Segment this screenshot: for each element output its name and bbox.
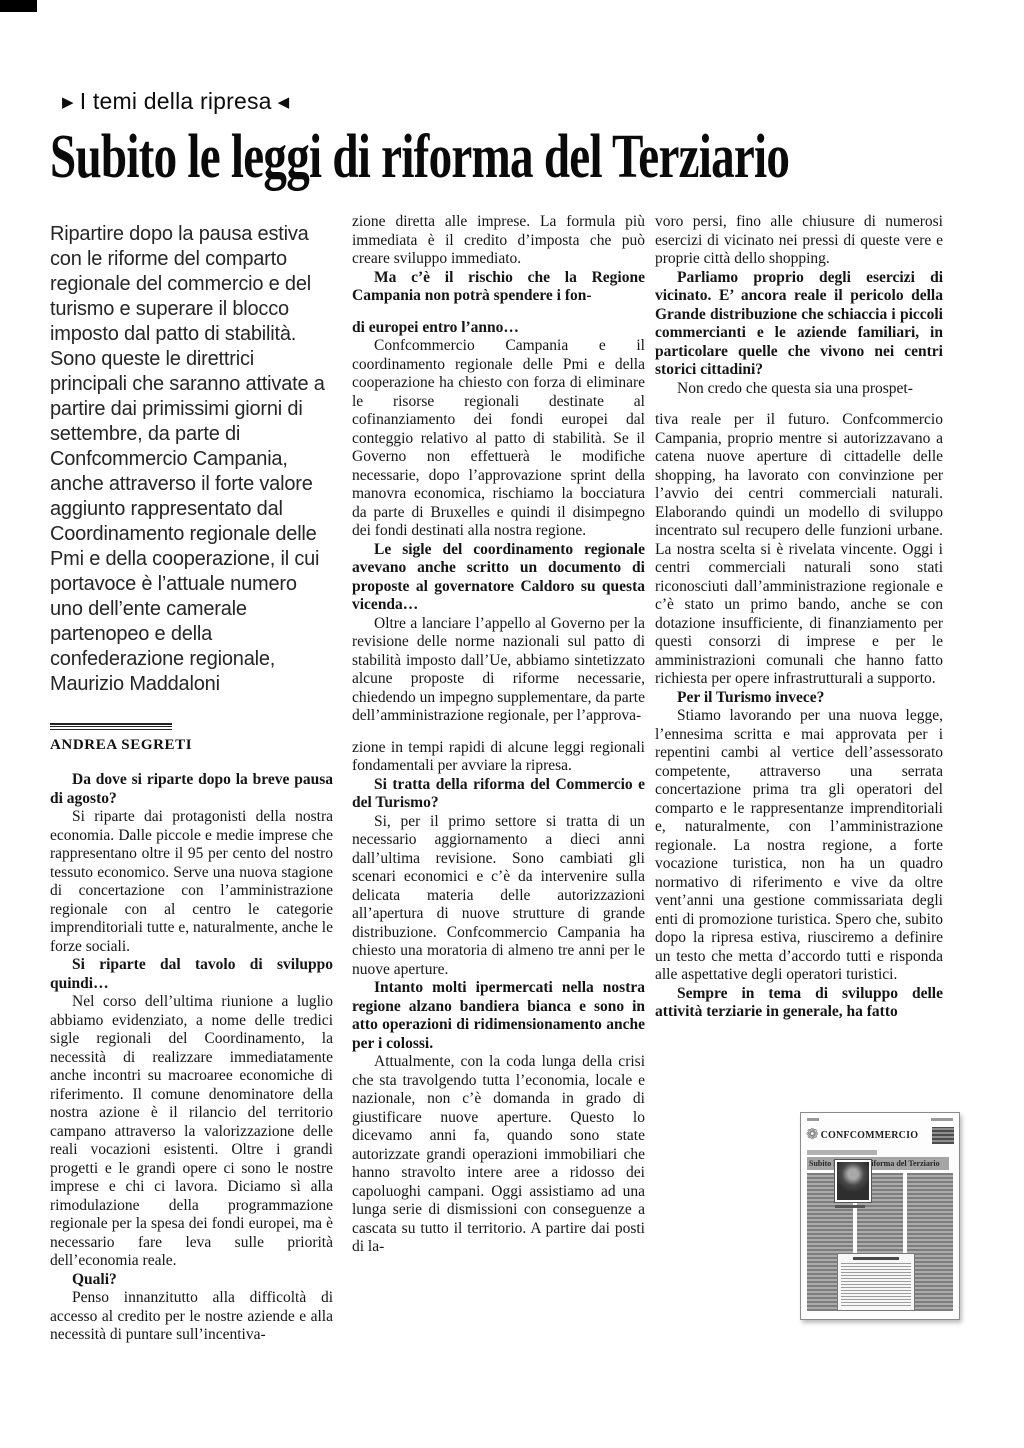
article-paragraph: Si riparte dal tavolo di sviluppo quindi… bbox=[50, 956, 333, 993]
column-1: Ripartire dopo la pausa estiva con le ri… bbox=[50, 222, 333, 1345]
thumbnail-headline-bar: Subito le leggi di riforma del Terziario bbox=[807, 1157, 949, 1170]
byline-rule bbox=[50, 723, 172, 730]
qa-text-column-1: Da dove si riparte dopo la breve pausa d… bbox=[50, 771, 333, 1345]
byline-block: ANDREA SEGRETI bbox=[50, 723, 333, 754]
kicker-text: I temi della ripresa bbox=[80, 88, 272, 114]
thumbnail-headline-text: Subito le leggi di riforma del Terziario bbox=[807, 1159, 940, 1168]
thumbnail-top-left-mark bbox=[807, 1118, 819, 1121]
article-paragraph: Da dove si riparte dopo la breve pausa d… bbox=[50, 771, 333, 808]
article-paragraph: Confcommercio Campania e il coordinament… bbox=[352, 337, 645, 541]
article-paragraph: voro persi, fino alle chiusure di numero… bbox=[655, 213, 943, 269]
headline: Subito le leggi di riforma del Terziario bbox=[50, 122, 960, 193]
article-paragraph: Ma c’è il rischio che la Regione Campani… bbox=[352, 269, 645, 306]
thumbnail-photo-caption bbox=[835, 1205, 865, 1208]
article-paragraph: Le sigle del coordinamento regionale ave… bbox=[352, 541, 645, 615]
column-3: voro persi, fino alle chiusure di numero… bbox=[655, 213, 943, 1022]
thumbnail-caption-box bbox=[837, 1253, 915, 1311]
article-paragraph: Parliamo proprio degli esercizi di vicin… bbox=[655, 269, 943, 380]
article-paragraph: Quali? bbox=[50, 1271, 333, 1290]
article-paragraph: Stiamo lavorando per una nuova legge, l’… bbox=[655, 707, 943, 985]
article-paragraph: Penso innanzitutto alla difficoltà di ac… bbox=[50, 1289, 333, 1345]
article-page: ▶I temi della ripresa◀ Subito le leggi d… bbox=[0, 0, 1024, 1448]
thumbnail-kicker-bar bbox=[807, 1150, 877, 1155]
article-paragraph: Si, per il primo settore si tratta di un… bbox=[352, 813, 645, 980]
thumbnail-caption-title bbox=[853, 1257, 899, 1260]
article-paragraph: Sempre in tema di sviluppo delle attivit… bbox=[655, 985, 943, 1022]
article-paragraph: Per il Turismo invece? bbox=[655, 689, 943, 708]
column-2: zione diretta alle imprese. La formula p… bbox=[352, 213, 645, 1257]
article-paragraph: Oltre a lanciare l’appello al Governo pe… bbox=[352, 615, 645, 726]
kicker-left-triangle-icon: ◀ bbox=[272, 94, 296, 111]
article-paragraph: Non credo che questa sia una prospet- bbox=[655, 380, 943, 399]
headline-text: Subito le leggi di riforma del Terziario bbox=[50, 122, 789, 193]
article-paragraph: Intanto molti ipermercati nella nostra r… bbox=[352, 979, 645, 1053]
byline: ANDREA SEGRETI bbox=[50, 737, 333, 754]
page-thumbnail: ❁ CONFCOMMERCIO Subito le leggi di rifor… bbox=[800, 1112, 960, 1320]
article-paragraph: Si riparte dai protagonisti della nostra… bbox=[50, 808, 333, 956]
article-paragraph: Attualmente, con la coda lunga della cri… bbox=[352, 1053, 645, 1257]
thumbnail-photo-block bbox=[932, 1127, 954, 1144]
thumbnail-masthead-title: CONFCOMMERCIO bbox=[821, 1130, 932, 1141]
article-paragraph: zione diretta alle imprese. La formula p… bbox=[352, 213, 645, 269]
thumbnail-portrait-photo bbox=[835, 1160, 871, 1202]
article-paragraph: di europei entro l’anno… bbox=[352, 319, 645, 338]
kicker-right-triangle-icon: ▶ bbox=[56, 94, 80, 111]
thumbnail-top-right-mark bbox=[931, 1118, 953, 1121]
scan-corner-mark bbox=[0, 0, 37, 12]
article-paragraph: Si tratta della riforma del Commercio e … bbox=[352, 776, 645, 813]
article-paragraph: Nel corso dell’ultima riunione a luglio … bbox=[50, 993, 333, 1271]
article-paragraph: tiva reale per il futuro. Confcommercio … bbox=[655, 411, 943, 689]
confcommercio-logo-icon: ❁ bbox=[806, 1128, 819, 1143]
intro-paragraph: Ripartire dopo la pausa estiva con le ri… bbox=[50, 222, 333, 697]
article-paragraph: zione in tempi rapidi di alcune leggi re… bbox=[352, 739, 645, 776]
thumbnail-masthead: ❁ CONFCOMMERCIO bbox=[806, 1124, 954, 1146]
thumbnail-caption-lines bbox=[841, 1263, 911, 1307]
kicker: ▶I temi della ripresa◀ bbox=[56, 88, 295, 115]
